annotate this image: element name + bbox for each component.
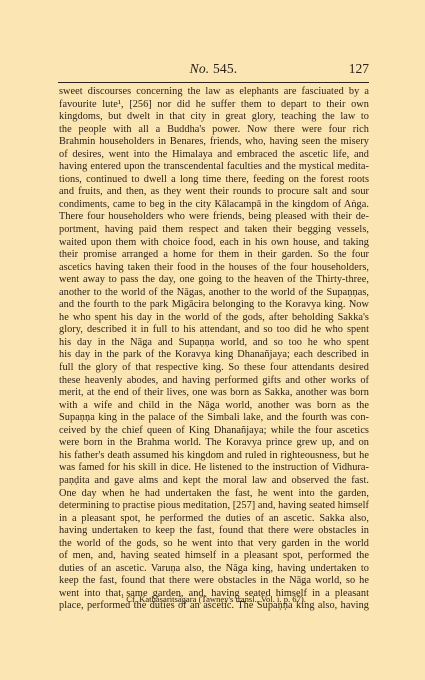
text-line: with a wife and child in the Nāga world,… bbox=[59, 400, 369, 413]
footnote: 1 Cf. Kathāsaritsāgara (Tawney's transl.… bbox=[58, 594, 369, 605]
text-line: One day when he had undertaken the fast,… bbox=[59, 488, 369, 501]
text-line: their promise arranged a home for them i… bbox=[59, 249, 369, 262]
text-line: in a pleasant spot, he performed the dut… bbox=[59, 513, 369, 526]
text-line: full the glory of that respective king. … bbox=[59, 362, 369, 375]
header-rule bbox=[58, 82, 369, 83]
text-line: and the fourth to the park Migācira belo… bbox=[59, 299, 369, 312]
text-line: having undertaken to keep the fast, foun… bbox=[59, 525, 369, 538]
footnote-marker: 1 bbox=[121, 594, 124, 600]
book-page: No. 545. 127 sweet discourses concerning… bbox=[0, 0, 425, 680]
title-prefix: No. bbox=[190, 61, 210, 76]
text-line: sweet discourses concerning the law as e… bbox=[59, 86, 369, 99]
text-line: of desires, went into the Himalaya and e… bbox=[59, 149, 369, 162]
text-line: favourite lute¹, [256] nor did he suffer… bbox=[59, 99, 369, 112]
text-line: There four householders who were friends… bbox=[59, 211, 369, 224]
text-line: waited upon them with choice food, each … bbox=[59, 237, 369, 250]
text-line: glory, described it in full to his atten… bbox=[59, 324, 369, 337]
text-line: ascetics having taken their food in the … bbox=[59, 262, 369, 275]
text-line: was famed for his skill in dice. He list… bbox=[59, 462, 369, 475]
footnote-text: Cf. Kathāsaritsāgara (Tawney's transl., … bbox=[126, 594, 306, 604]
text-line: went away to pass the day, one going to … bbox=[59, 274, 369, 287]
text-line: of men, and, having seated himself in a … bbox=[59, 550, 369, 563]
title-number: 545. bbox=[213, 61, 237, 76]
text-line: the world of the gods, so he went into t… bbox=[59, 538, 369, 551]
text-line: determining to practise pious meditation… bbox=[59, 500, 369, 513]
text-line: paṇḍita and gave alms and kept the moral… bbox=[59, 475, 369, 488]
text-line: the people with all a Buddha's power. No… bbox=[59, 124, 369, 137]
text-line: were born in the Brahma world. The Korav… bbox=[59, 437, 369, 450]
text-line: his father's death assumed his kingdom a… bbox=[59, 450, 369, 463]
text-line: condiments, came to beg in the city Kāla… bbox=[59, 199, 369, 212]
text-line: his day in the Nāga and Supaṇṇa world, a… bbox=[59, 337, 369, 350]
page-number: 127 bbox=[349, 61, 369, 77]
running-head: No. 545. 127 bbox=[58, 61, 369, 79]
text-line: portment, having paid them respect and t… bbox=[59, 224, 369, 237]
text-line: merit, at the end of their lives, one wa… bbox=[59, 387, 369, 400]
text-line: Brahmin householders in Benares, friends… bbox=[59, 136, 369, 149]
text-line: having entered upon the transcendental f… bbox=[59, 161, 369, 174]
text-line: Supaṇṇa king in the palace of the Simbal… bbox=[59, 412, 369, 425]
text-line: his day in the park of the Koravya king … bbox=[59, 349, 369, 362]
text-line: he who spent his day in the world of the… bbox=[59, 312, 369, 325]
text-line: and fruits, and then, as they went their… bbox=[59, 186, 369, 199]
text-line: keep the fast, found that there were obs… bbox=[59, 575, 369, 588]
body-text: sweet discourses concerning the law as e… bbox=[59, 86, 369, 613]
text-line: kingdoms, but dwelt in that city in grea… bbox=[59, 111, 369, 124]
text-line: ceived by the chief queen of King Dhanañ… bbox=[59, 425, 369, 438]
text-line: these heavenly abodes, and having perfor… bbox=[59, 375, 369, 388]
chapter-title: No. 545. bbox=[58, 61, 369, 77]
text-line: duties of an ascetic. Varuṇa also, the N… bbox=[59, 563, 369, 576]
text-line: tions, continued to dwell a long time th… bbox=[59, 174, 369, 187]
text-line: another to the world of the Nāgas, anoth… bbox=[59, 287, 369, 300]
